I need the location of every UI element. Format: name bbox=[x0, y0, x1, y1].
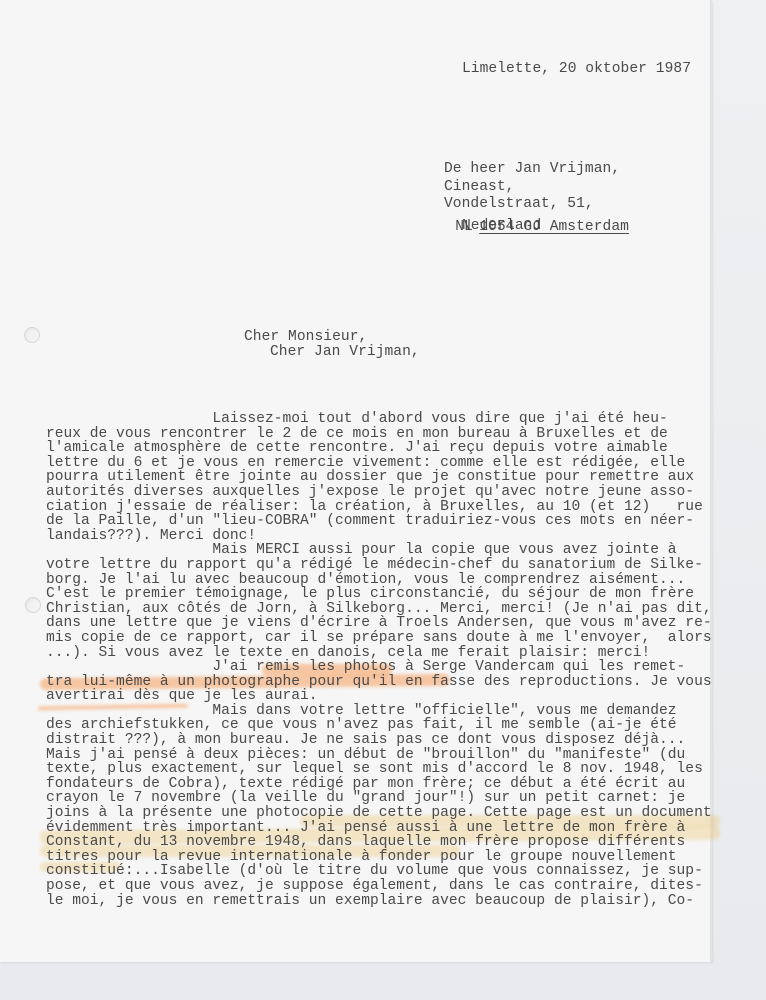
body-line: évidemment très important... J'ai pensé … bbox=[46, 821, 716, 836]
body-line: des archiefstukken, ce que vous n'avez p… bbox=[46, 718, 716, 733]
body-line: Mais MERCI aussi pour la copie que vous … bbox=[46, 543, 716, 558]
body-line: Christian, aux côtés de Jorn, à Silkebor… bbox=[46, 602, 716, 617]
letter-page: Limelette, 20 oktober 1987 De heer Jan V… bbox=[0, 0, 712, 962]
body-line: constitué:...Isabelle (d'où le titre du … bbox=[46, 864, 716, 879]
body-line: ...). Si vous avez le texte en danois, c… bbox=[46, 646, 716, 661]
body-line: mis copie de ce rapport, car il se prépa… bbox=[46, 631, 716, 646]
body-line: pourra utilement être jointe au dossier … bbox=[46, 470, 716, 485]
body-line: avertirai dès que je les aurai. bbox=[46, 689, 716, 704]
body-line: landais???). Merci donc! bbox=[46, 529, 716, 544]
body-line: reux de vous rencontrer le 2 de ce mois … bbox=[46, 427, 716, 442]
body-line: C'est le premier témoignage, le plus cir… bbox=[46, 587, 716, 602]
body-line: autorités diverses auxquelles j'expose l… bbox=[46, 485, 716, 500]
body-line: ciation j'essaie de réaliser: la créatio… bbox=[46, 500, 716, 515]
body-line: distrait ???), à mon bureau. Je ne sais … bbox=[46, 733, 716, 748]
body-line: Laissez-moi tout d'abord vous dire que j… bbox=[46, 412, 716, 427]
body-line: borg. Je l'ai lu avec beaucoup d'émotion… bbox=[46, 573, 716, 588]
body-line: crayon le 7 novembre (la veille du "gran… bbox=[46, 791, 716, 806]
body-line: texte, plus exactement, sur lequel se so… bbox=[46, 762, 716, 777]
body-line: pose, et que vous avez, je suppose égale… bbox=[46, 879, 716, 894]
body-line: dans une lettre que je viens d'écrire à … bbox=[46, 616, 716, 631]
body-line: lettre du 6 et je vous en remercie vivem… bbox=[46, 456, 716, 471]
recipient-profession: Cineast, bbox=[444, 180, 514, 195]
recipient-name: De heer Jan Vrijman, bbox=[444, 162, 620, 177]
body-line: joins à la présente une photocopie de ce… bbox=[46, 806, 716, 821]
recipient-country: Nederland bbox=[462, 219, 541, 234]
body-line: J'ai remis les photos à Serge Vandercam … bbox=[46, 660, 716, 675]
salutation-line-1: Cher Monsieur, bbox=[244, 330, 367, 345]
body-line: Mais dans votre lettre "officielle", vou… bbox=[46, 704, 716, 719]
letter-body: Laissez-moi tout d'abord vous dire que j… bbox=[46, 412, 716, 908]
body-line: fondateurs de Cobra), texte rédigé par m… bbox=[46, 777, 716, 792]
body-line: votre lettre du rapport qu'a rédigé le m… bbox=[46, 558, 716, 573]
body-line: l'amicale atmosphère de cette rencontre.… bbox=[46, 441, 716, 456]
body-line: le moi, je vous en remettrais un exempla… bbox=[46, 894, 716, 909]
body-line: Mais j'ai pensé à deux pièces: un début … bbox=[46, 748, 716, 763]
body-line: tra lui-même à un photographe pour qu'il… bbox=[46, 675, 716, 690]
punch-hole-icon bbox=[24, 327, 40, 343]
body-line: de la Paille, d'un "lieu-COBRA" (comment… bbox=[46, 514, 716, 529]
punch-hole-icon bbox=[25, 597, 41, 613]
body-line: titres pour la revue internationale à fo… bbox=[46, 850, 716, 865]
body-line: Constant, du 13 novembre 1948, dans laqu… bbox=[46, 835, 716, 850]
salutation-line-2: Cher Jan Vrijman, bbox=[270, 345, 420, 360]
letter-date: Limelette, 20 oktober 1987 bbox=[462, 62, 691, 77]
